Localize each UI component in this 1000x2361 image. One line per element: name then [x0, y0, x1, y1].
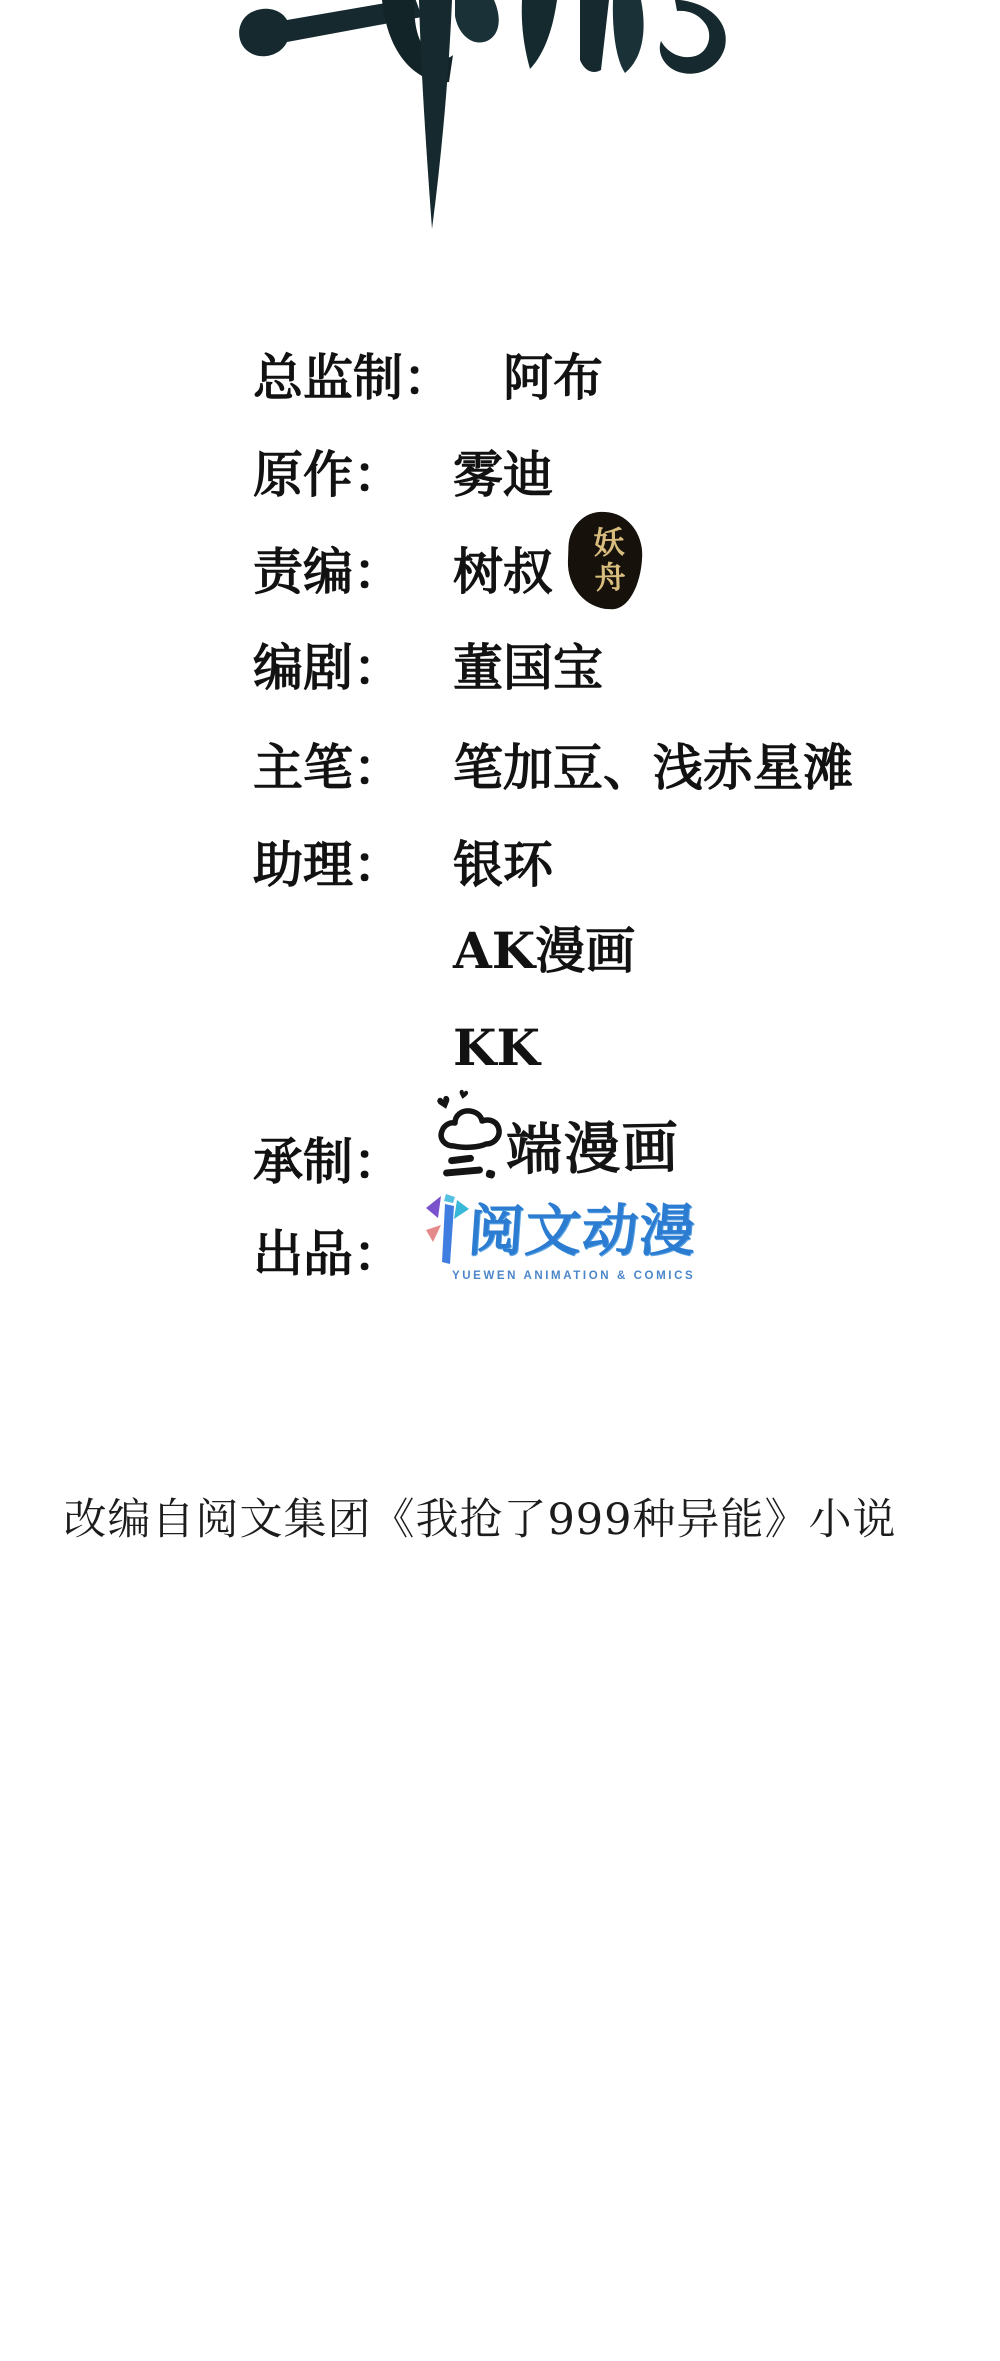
publisher-logo: 阅文动漫 YUEWEN ANIMATION & COMICS: [424, 1192, 724, 1292]
credit-label: 主笔：: [253, 740, 453, 796]
publisher-label: 出品：: [253, 1214, 403, 1286]
credit-label: 总监制：: [253, 350, 503, 406]
credit-label: 编剧：: [253, 640, 453, 696]
credit-value: 阿布: [503, 350, 603, 406]
credit-row: 编剧：董国宝: [253, 640, 603, 696]
credit-value: 树叔: [453, 544, 553, 600]
cloud-icon: [436, 1106, 506, 1188]
sparkle-burst-icon: [424, 1194, 470, 1270]
credit-row: 助理：银环: [253, 837, 553, 893]
publisher-logo-text: 阅文动漫: [466, 1204, 698, 1260]
credit-value: AK漫画: [453, 923, 635, 979]
credit-row: AK漫画: [253, 923, 635, 979]
credit-row: 主笔：笔加豆、浅赤星滩: [253, 740, 853, 796]
credit-value: 银环: [453, 837, 553, 893]
producer-label: 承制：: [253, 1122, 403, 1194]
credit-value: 董国宝: [453, 640, 603, 696]
credit-value: 雾迪: [453, 447, 553, 503]
heart-icon: ♥: [457, 1087, 470, 1103]
publisher-logo-tagline: YUEWEN ANIMATION & COMICS: [452, 1270, 695, 1282]
credit-value: KK: [453, 1020, 540, 1076]
producer-logo-text: 端漫画: [506, 1120, 681, 1179]
producer-logo: ♥ ♥ 端漫画: [434, 1090, 724, 1190]
credit-row: KK: [253, 1020, 540, 1076]
stamp-text: 妖舟: [588, 525, 621, 596]
title-calligraphy-artwork: [0, 0, 1000, 235]
credit-row: 原作：雾迪: [253, 447, 553, 503]
credit-label: 责编：: [253, 544, 453, 600]
credit-row: 总监制：阿布: [253, 350, 603, 406]
comic-credits-page: 总监制：阿布 原作：雾迪 责编：树叔 妖舟 编剧：董国宝 主笔：笔加豆、浅赤星滩…: [0, 0, 1000, 2361]
editor-signature-stamp: 妖舟: [566, 511, 643, 611]
credit-value: 笔加豆、浅赤星滩: [453, 740, 853, 796]
credit-label: 助理：: [253, 837, 453, 893]
credit-row: 责编：树叔: [253, 544, 553, 600]
credit-label: 原作：: [253, 447, 453, 503]
adaptation-note: 改编自阅文集团《我抢了999种异能》小说: [0, 1486, 1000, 1547]
